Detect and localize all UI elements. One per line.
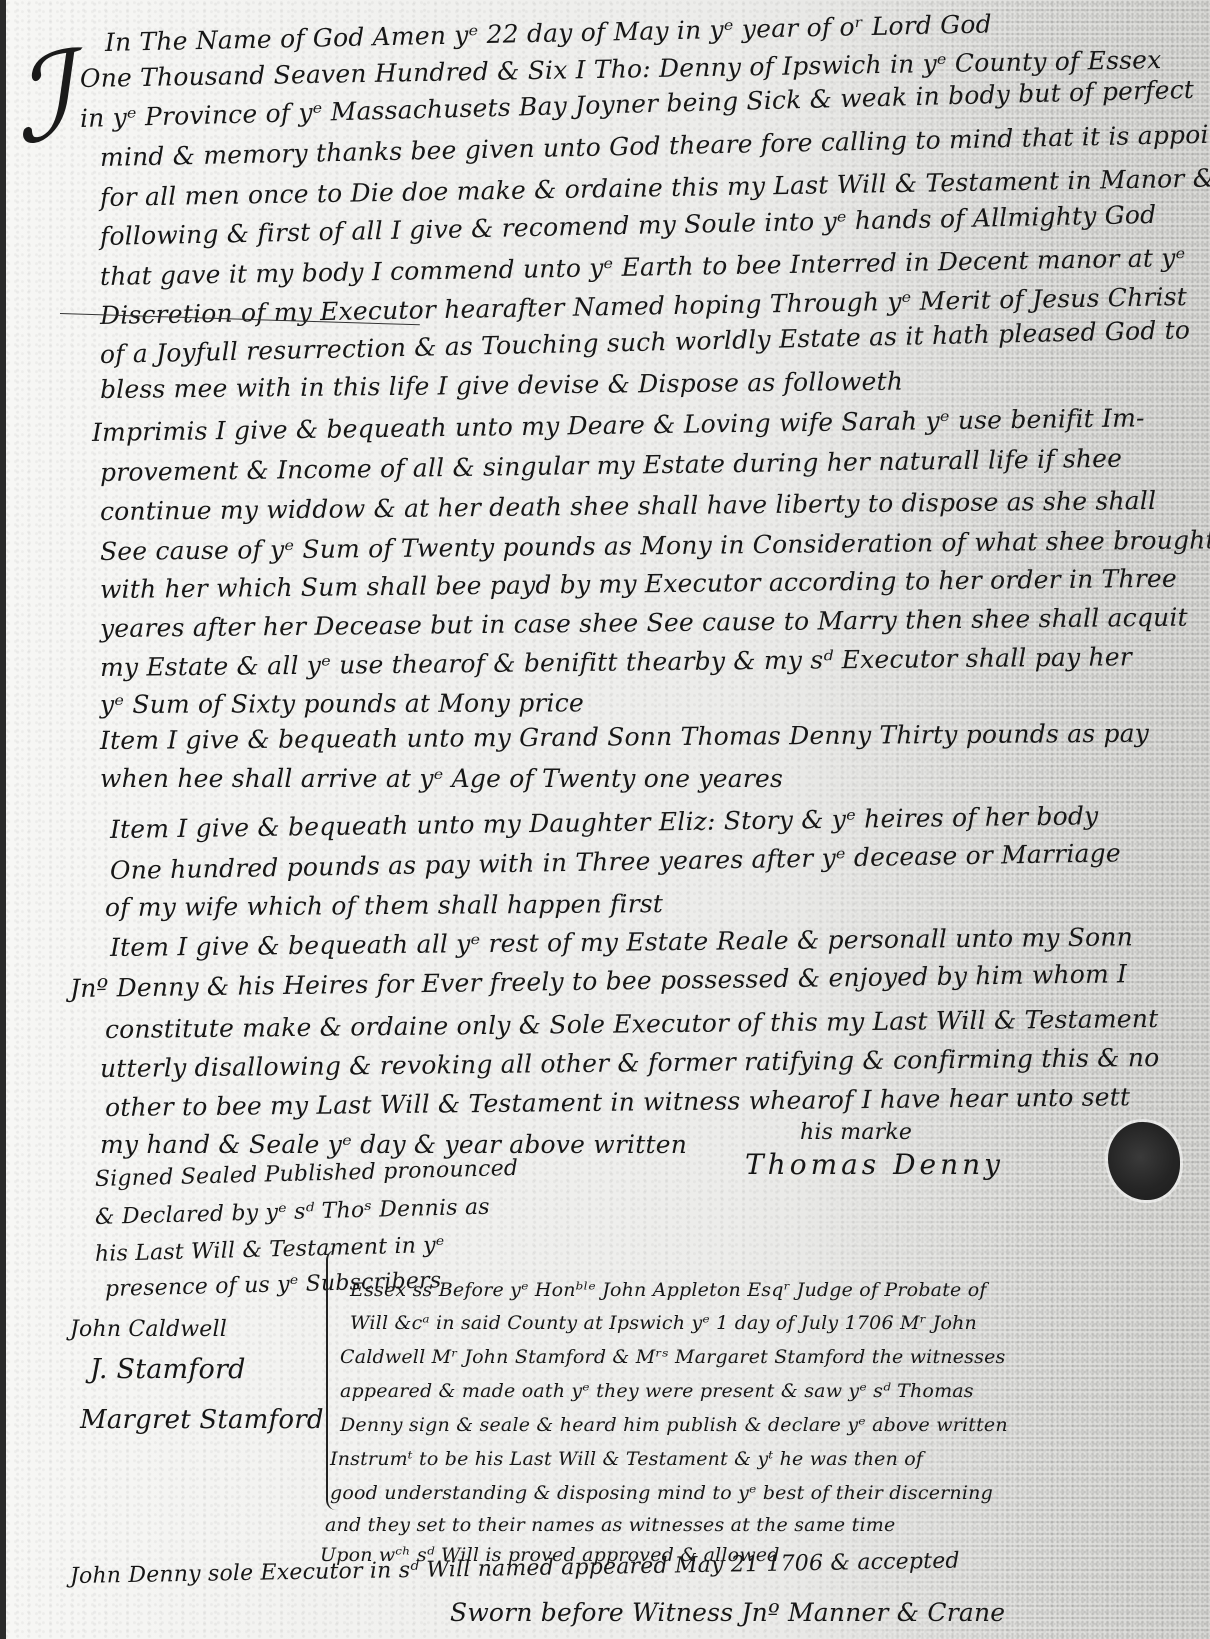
probate-line: good understanding & disposing mind to y… (330, 1478, 993, 1508)
witness-signature: John Caldwell (70, 1315, 227, 1345)
probate-line: Denny sign & seale & heard him publish &… (340, 1410, 1008, 1440)
wax-seal (1108, 1122, 1180, 1200)
witness-signature: J. Stamford (90, 1355, 246, 1385)
will-line: yᵉ Sum of Sixty pounds at Mony price (100, 688, 584, 720)
page-edge-shadow (0, 0, 6, 1639)
attestation-line: & Declared by yᵉ sᵈ Thoˢ Dennis as (95, 1193, 491, 1233)
witness-signature: Margret Stamford (80, 1405, 324, 1435)
will-line: of my wife which of them shall happen fi… (105, 889, 663, 923)
document-page: ℐ In The Name of God Amen yᵉ 22 day of M… (0, 0, 1210, 1639)
initial-flourish: ℐ (8, 37, 77, 162)
attestation-line: his Last Will & Testament in yᵉ (95, 1231, 445, 1270)
will-line: my hand & Seale yᵉ day & year above writ… (100, 1130, 687, 1160)
probate-line: Caldwell Mʳ John Stamford & Mʳˢ Margaret… (340, 1342, 1005, 1372)
testator-signature: Thomas Denny (745, 1150, 1004, 1180)
probate-line: Will &cᵃ in said County at Ipswich yᵉ 1 … (350, 1308, 977, 1338)
will-line: bless mee with in this life I give devis… (100, 367, 903, 405)
probate-line: appeared & made oath yᵉ they were presen… (340, 1376, 974, 1406)
sworn-line: Sworn before Witness Jnº Manner & Crane (450, 1598, 1005, 1628)
will-line: when hee shall arrive at yᵉ Age of Twent… (100, 764, 783, 794)
probate-line: Essex ss Before yᵉ Honᵇˡᵉ John Appleton … (350, 1275, 987, 1305)
probate-line: Instrumᵗ to be his Last Will & Testament… (330, 1444, 923, 1474)
mark-label: his marke (800, 1118, 912, 1148)
attestation-line: Signed Sealed Published pronounced (95, 1154, 519, 1195)
probate-line: and they set to their names as witnesses… (325, 1510, 895, 1540)
